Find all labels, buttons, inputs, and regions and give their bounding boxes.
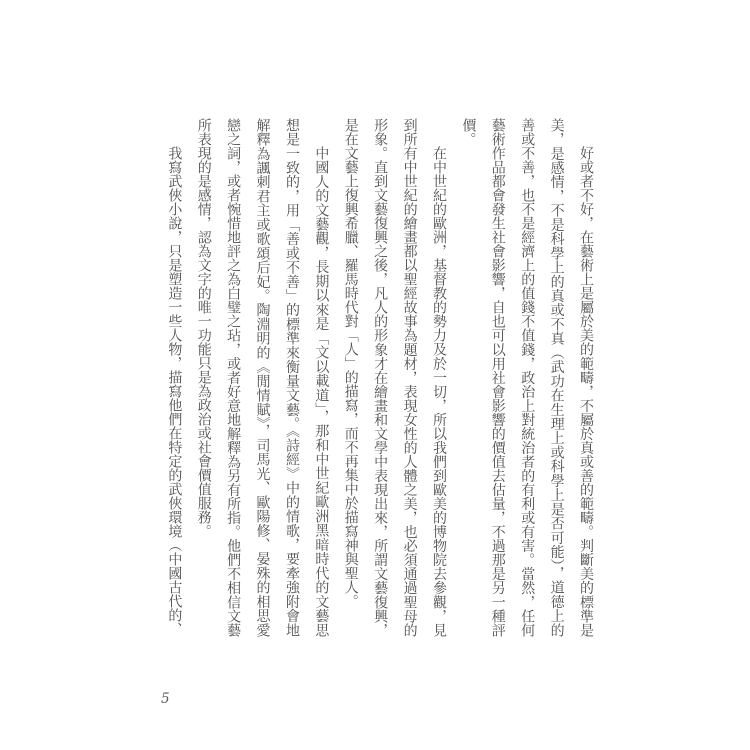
book-page: 好或者不好，在藝術上是屬於美的範疇，不屬於真或善的範疇。判斷美的標準是美，是感情… [0, 0, 750, 750]
paragraph-3: 中國人的文藝觀，長期以來是「文以載道」，那和中世紀歐洲黑暗時代的文藝思想是一致的… [188, 118, 335, 637]
paragraph-1: 好或者不好，在藝術上是屬於美的範疇，不屬於真或善的範疇。判斷美的標準是美，是感情… [453, 118, 600, 637]
paragraph-2: 在中世紀的歐洲，基督教的勢力及於一切，所以我們到歐美的博物院去參觀，見到所有中世… [335, 118, 453, 637]
page-number: 5 [161, 691, 170, 707]
vertical-text-block: 好或者不好，在藝術上是屬於美的範疇，不屬於真或善的範疇。判斷美的標準是美，是感情… [159, 118, 600, 637]
paragraph-4: 我寫武俠小說，只是塑造一些人物，描寫他們在特定的武俠環境（中國古代的、 [159, 118, 188, 637]
